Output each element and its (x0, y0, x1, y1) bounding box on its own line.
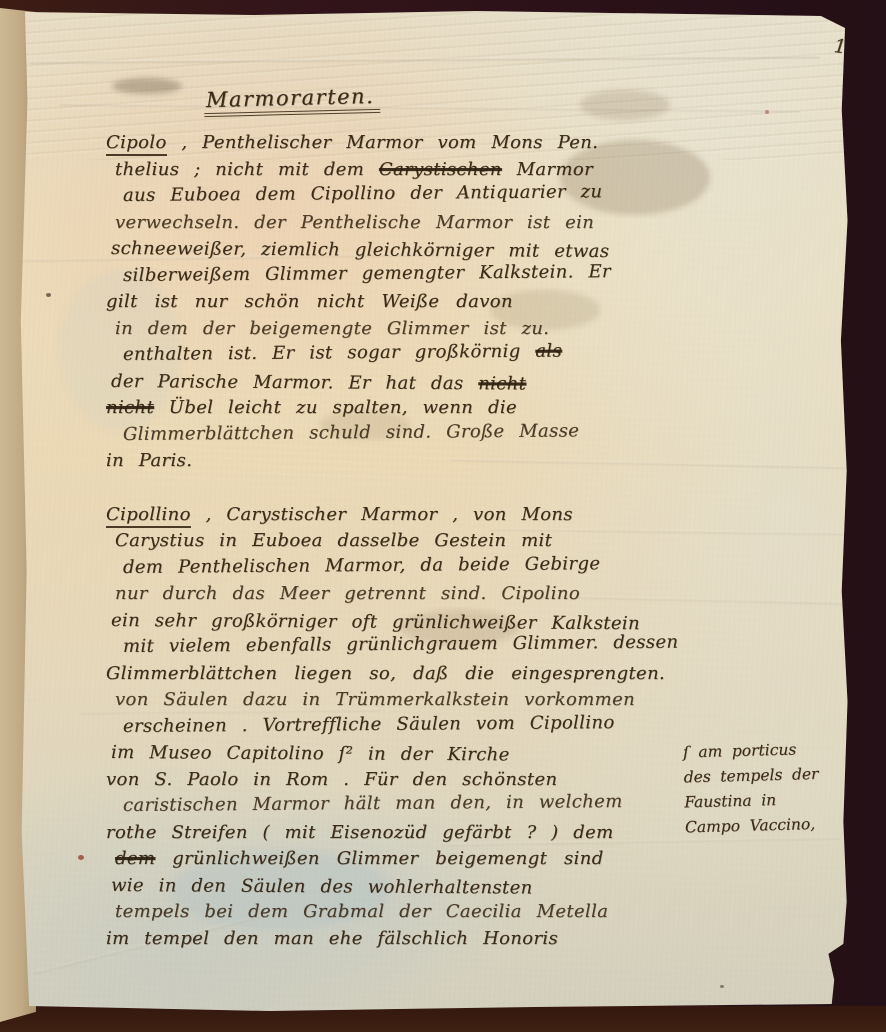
text-segment: in dem der beigemengte Glimmer ist zu. (115, 318, 549, 339)
manuscript-line: in Paris. (106, 448, 706, 475)
crease-line (60, 103, 800, 112)
manuscript-line: Cipolo , Penthelischer Marmor vom Mons P… (106, 130, 706, 157)
paragraph-cipolo: Cipolo , Penthelischer Marmor vom Mons P… (106, 130, 706, 475)
manuscript-line: rothe Streifen ( mit Eisenozüd gefärbt ?… (106, 820, 706, 847)
manuscript-line: Cipollino , Carystischer Marmor , von Mo… (106, 502, 706, 529)
struck-word: nicht (106, 397, 154, 418)
manuscript-line: silberweißem Glimmer gemengter Kalkstein… (123, 258, 706, 289)
text-segment: , Penthelischer Marmor vom Mons Pen. (167, 132, 599, 153)
text-segment: verwechseln. der Penthelische Marmor ist… (115, 212, 594, 233)
paper-speck (765, 110, 769, 114)
crease-line (30, 55, 820, 64)
manuscript-heading: Marmorarten. (204, 84, 381, 117)
underlined-word: Cipollino (106, 504, 191, 528)
manuscript-line: dem Penthelischen Marmor, da beide Gebir… (123, 550, 706, 581)
manuscript-line: der Parische Marmor. Er hat das nicht (111, 369, 706, 399)
text-segment: thelius ; nicht mit dem (115, 159, 379, 180)
struck-word: nicht (478, 373, 526, 394)
text-segment: nur durch das Meer getrennt sind. Cipoli… (115, 583, 580, 604)
text-segment: , Carystischer Marmor , von Mons (191, 504, 573, 525)
page-number: 1. (833, 35, 853, 59)
paper-speck (78, 855, 84, 860)
text-segment: caristischen Marmor hält man den, in wel… (123, 791, 623, 816)
margin-note-line: Campo Vaccino, (685, 811, 872, 841)
paper-speck (46, 293, 51, 297)
manuscript-line: caristischen Marmor hält man den, in wel… (123, 788, 706, 819)
text-segment: im Museo Capitolino ſ² in der Kirche (111, 742, 510, 765)
manuscript-line: im Museo Capitolino ſ² in der Kirche (111, 740, 706, 770)
backdrop-bottom-strip (0, 1006, 886, 1032)
paper-speck (720, 985, 724, 988)
text-segment: in Paris. (106, 450, 192, 471)
manuscript-line: nur durch das Meer getrennt sind. Cipoli… (115, 581, 706, 608)
text-segment: Glimmerblättchen schuld sind. Große Mass… (123, 420, 579, 445)
margin-note: ſ am porticus des tempels der Faustina i… (683, 736, 872, 841)
paragraph-cipollino: Cipollino , Carystischer Marmor , von Mo… (106, 502, 706, 953)
text-segment: der Parische Marmor. Er hat das (111, 371, 478, 394)
text-segment: Übel leicht zu spalten, wenn die (154, 397, 517, 418)
manuscript-line: im tempel den man ehe fälschlich Honoris (106, 926, 706, 953)
text-segment: mit vielem ebenfalls grünlichgrauem Glim… (123, 632, 679, 657)
text-segment: erscheinen . Vortreffliche Säulen vom Ci… (123, 712, 615, 737)
text-segment: von S. Paolo in Rom . Für den schönsten (106, 769, 557, 790)
manuscript-line: enthalten ist. Er ist sogar großkörnig a… (123, 337, 706, 368)
text-segment: Carystius in Euboea dasselbe Gestein mit (115, 530, 552, 551)
manuscript-body: Cipolo , Penthelischer Marmor vom Mons P… (106, 130, 706, 952)
struck-word: Carystischen (379, 159, 502, 180)
text-segment: aus Euboea dem Cipollino der Antiquarier… (123, 181, 603, 206)
text-segment: tempels bei dem Grabmal der Caecilia Met… (115, 901, 608, 922)
text-segment: wie in den Säulen des wohlerhaltensten (111, 875, 533, 899)
manuscript-paper: 1. Marmorarten. Cipolo , Penthelischer M… (20, 10, 850, 1012)
manuscript-line: gilt ist nur schön nicht Weiße davon (106, 289, 706, 316)
manuscript-line: tempels bei dem Grabmal der Caecilia Met… (115, 899, 706, 926)
manuscript-line: erscheinen . Vortreffliche Säulen vom Ci… (123, 709, 706, 740)
manuscript-line: dem grünlichweißen Glimmer beigemengt si… (115, 846, 706, 873)
scanned-manuscript-photo: { "document": { "page_number": "1.", "he… (0, 0, 886, 1032)
underlined-word: Cipolo (106, 132, 167, 156)
struck-word: dem (115, 848, 155, 869)
ink-smudge (580, 90, 670, 120)
text-segment: silberweißem Glimmer gemengter Kalkstein… (123, 261, 611, 286)
ink-smudge (112, 78, 182, 94)
text-segment: enthalten ist. Er ist sogar großkörnig (123, 341, 535, 365)
manuscript-line: verwechseln. der Penthelische Marmor ist… (115, 210, 706, 237)
manuscript-line: mit vielem ebenfalls grünlichgrauem Glim… (123, 629, 706, 660)
text-segment: gilt ist nur schön nicht Weiße davon (106, 291, 513, 312)
manuscript-line: aus Euboea dem Cipollino der Antiquarier… (123, 178, 706, 209)
struck-word: als (535, 341, 562, 362)
manuscript-line: Glimmerblättchen schuld sind. Große Mass… (123, 417, 706, 448)
manuscript-line: Glimmerblättchen liegen so, daß die eing… (106, 661, 706, 688)
text-segment: Glimmerblättchen liegen so, daß die eing… (106, 663, 665, 684)
text-segment: grünlichweißen Glimmer beigemengt sind (155, 848, 603, 869)
text-segment: Marmor (502, 159, 593, 180)
text-segment: von Säulen dazu in Trümmerkalkstein vork… (115, 689, 635, 710)
text-segment: rothe Streifen ( mit Eisenozüd gefärbt ?… (106, 822, 614, 843)
text-segment: im tempel den man ehe fälschlich Honoris (106, 928, 558, 949)
text-segment: dem Penthelischen Marmor, da beide Gebir… (123, 553, 600, 578)
text-segment: schneeweißer, ziemlich gleichkörniger mi… (111, 238, 609, 262)
